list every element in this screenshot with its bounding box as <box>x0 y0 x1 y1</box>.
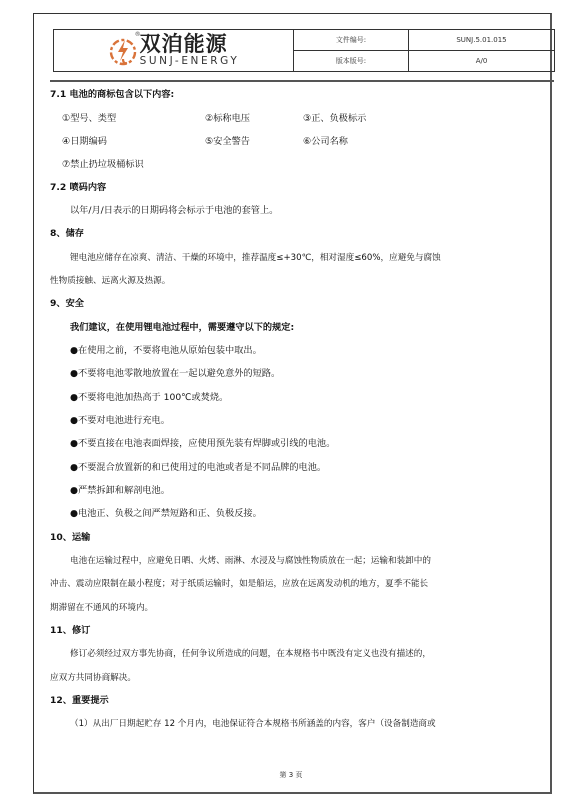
safety-rule: ●在使用之前，不要将电池从原始包装中取出。 <box>70 344 262 358</box>
section-11-heading: 11、修订 <box>50 624 90 638</box>
trademark-item: ⑦禁止扔垃圾桶标识 <box>62 158 144 172</box>
section-10-heading: 10、运输 <box>50 531 90 545</box>
document-info-table: 文件编号: SUNJ.5.01.015 版本版号: A/0 <box>294 30 554 71</box>
section-10-body: 期滞留在不通风的环境内。 <box>50 601 153 615</box>
section-10-body: 冲击、震动应限制在最小程度；对于纸质运输时，如是船运，应放在远离发动机的地方，夏… <box>50 577 428 591</box>
brand-name-en: SUNJ-ENERGY <box>140 56 240 67</box>
section-8-body: 锂电池应储存在凉爽、清洁、干燥的环境中，推荐温度≤+30℃，相对湿度≤60%，应… <box>70 251 441 265</box>
section-9-intro: 我们建议，在使用锂电池过程中，需要遵守以下的规定: <box>70 321 294 335</box>
section-8-heading: 8、储存 <box>50 227 84 241</box>
section-12-heading: 12、重要提示 <box>50 694 109 708</box>
section-7-2-body: 以年/月/日表示的日期码将会标示于电池的套管上。 <box>70 204 278 218</box>
version-label: 版本版号: <box>294 51 408 72</box>
section-11-body: 应双方共同协商解决。 <box>50 671 136 685</box>
section-11-body: 修订必须经过双方事先协商，任何争议所造成的问题，在本规格书中既没有定义也没有描述… <box>70 647 431 661</box>
company-logo: ®双洎能源 SUNJ-ENERGY <box>54 30 294 71</box>
safety-rule: ●电池正、负极之间严禁短路和正、负极反接。 <box>70 507 262 521</box>
document-header: ®双洎能源 SUNJ-ENERGY 文件编号: SUNJ.5.01.015 版本… <box>53 29 555 72</box>
section-10-body: 电池在运输过程中，应避免日晒、火烤、雨淋、水浸及与腐蚀性物质放在一起；运输和装卸… <box>70 554 431 568</box>
safety-rule: ●不要直接在电池表面焊接，应使用预先装有焊脚或引线的电池。 <box>70 437 335 451</box>
trademark-item: ③正、负极标示 <box>303 112 366 126</box>
version-value: A/0 <box>408 51 554 72</box>
section-9-heading: 9、安全 <box>50 297 84 311</box>
brand-name-cn: 双洎能源 <box>140 32 228 56</box>
section-12-body: （1）从出厂日期起贮存 12 个月内，电池保证符合本规格书所涵盖的内容，客户（设… <box>70 717 436 731</box>
trademark-item: ⑥公司名称 <box>303 135 348 149</box>
registered-mark: ® <box>135 32 142 38</box>
section-8-body: 性物质接触、远离火源及热源。 <box>50 274 170 288</box>
safety-rule: ●不要混合放置新的和已使用过的电池或者是不同品牌的电池。 <box>70 461 326 475</box>
page-number: 第 3 页 <box>0 770 582 780</box>
trademark-item: ⑤安全警告 <box>205 135 250 149</box>
trademark-item: ④日期编码 <box>62 135 107 149</box>
header-divider <box>50 80 554 82</box>
lightning-bolt-circle-icon <box>108 35 138 67</box>
trademark-item: ②标称电压 <box>205 112 250 126</box>
section-7-1-heading: 7.1 电池的商标包含以下内容: <box>50 88 174 102</box>
safety-rule: ●不要将电池加热高于 100℃或焚烧。 <box>70 391 228 405</box>
safety-rule: ●不要将电池零散地放置在一起以避免意外的短路。 <box>70 367 280 381</box>
trademark-item: ①型号、类型 <box>62 112 116 126</box>
section-7-2-heading: 7.2 喷码内容 <box>50 181 106 195</box>
safety-rule: ●严禁拆卸和解剖电池。 <box>70 484 170 498</box>
doc-number-value: SUNJ.5.01.015 <box>408 30 554 51</box>
safety-rule: ●不要对电池进行充电。 <box>70 414 170 428</box>
doc-number-label: 文件编号: <box>294 30 408 51</box>
